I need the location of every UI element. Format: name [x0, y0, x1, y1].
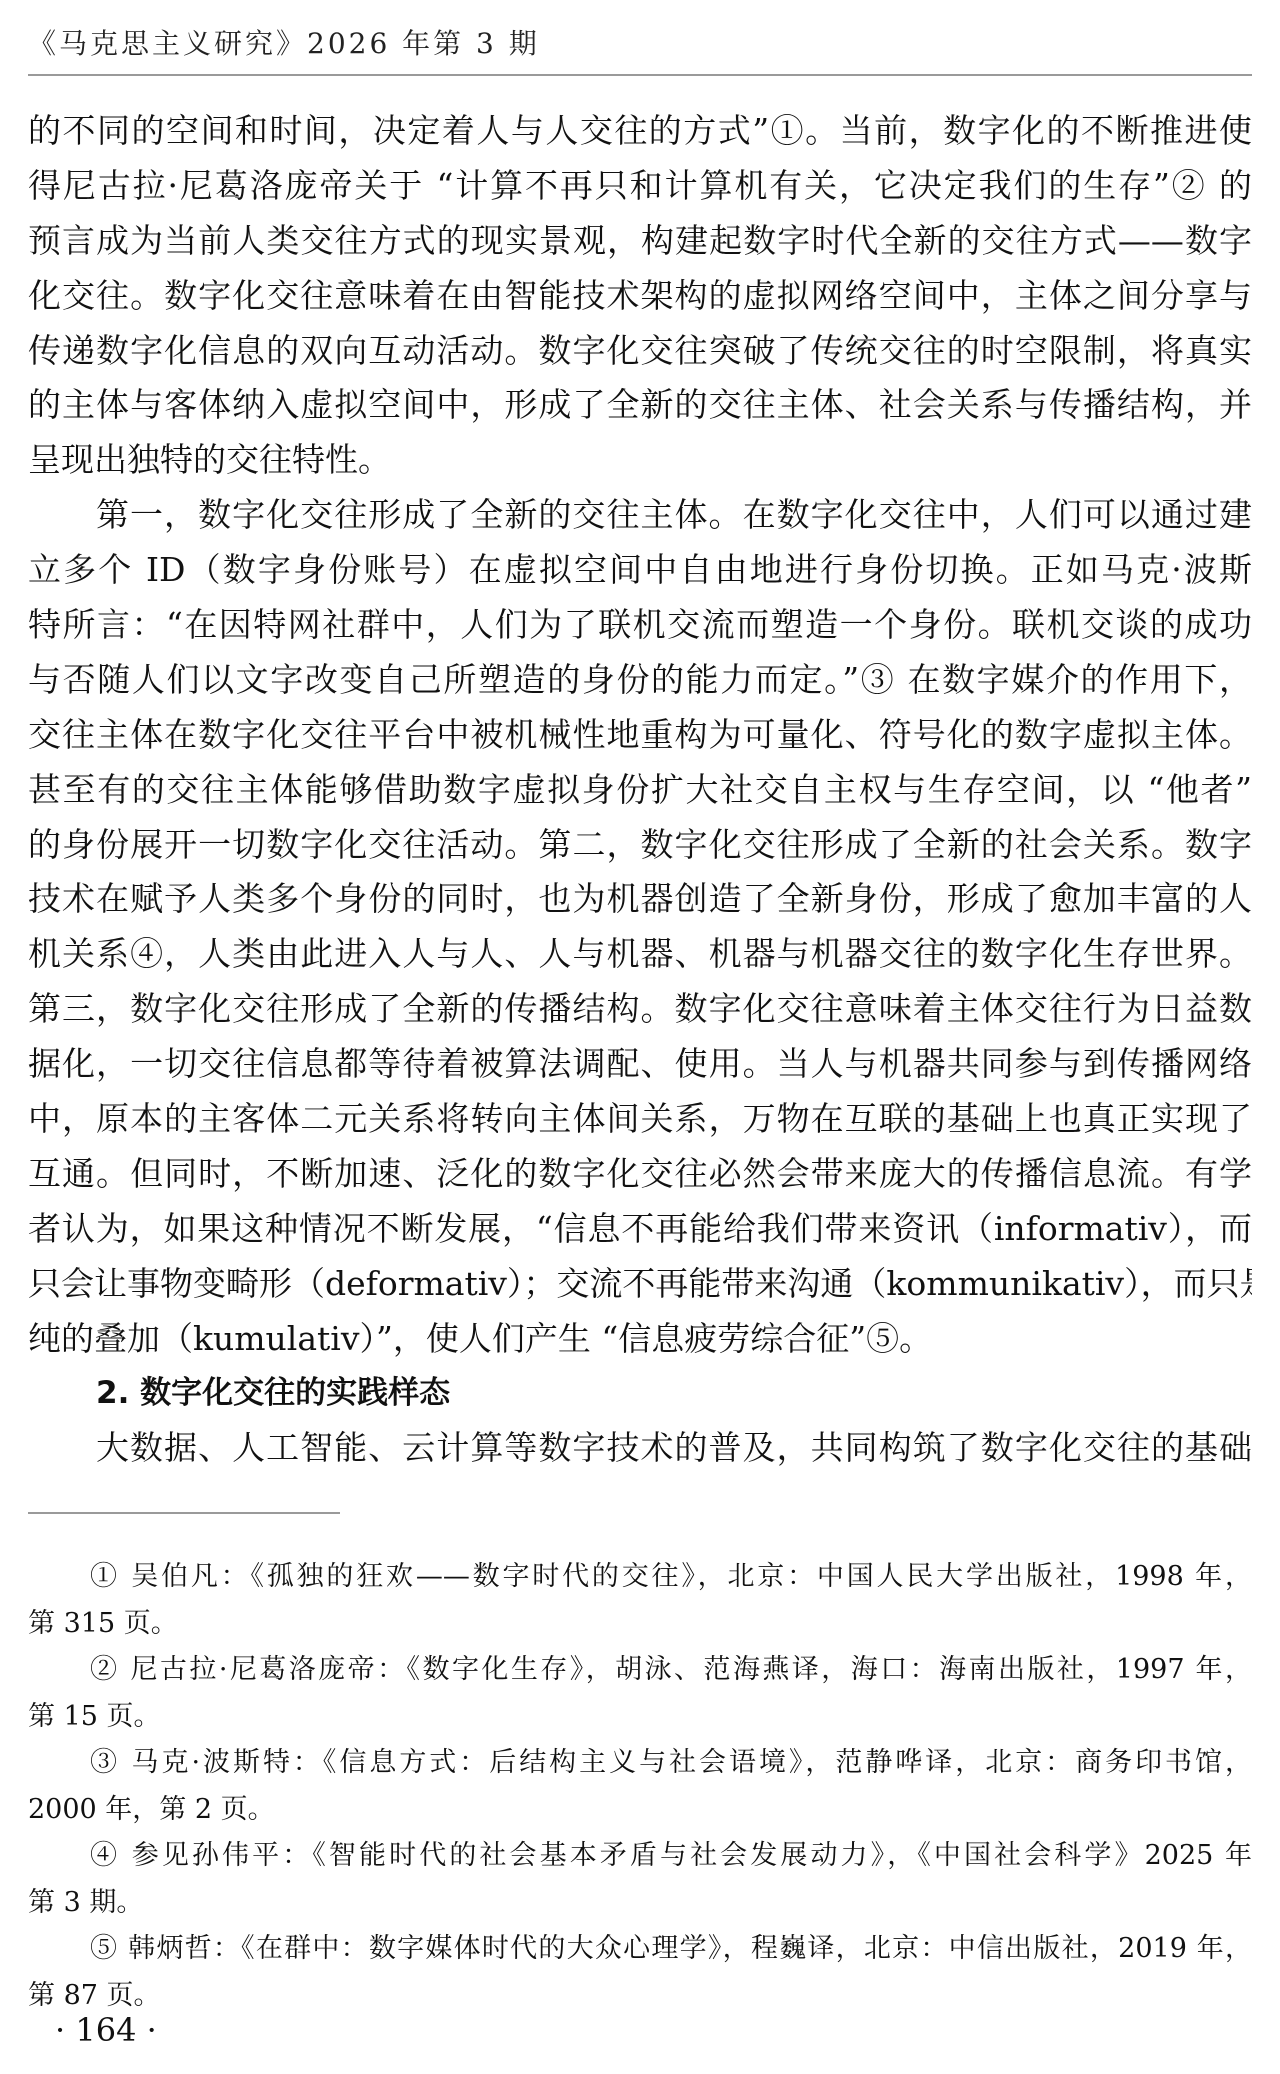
body-line: 的主体与客体纳入虚拟空间中，形成了全新的交往主体、社会关系与传播结构，并 [28, 378, 1252, 433]
body-line: 互通。但同时，不断加速、泛化的数字化交往必然会带来庞大的传播信息流。有学 [28, 1147, 1252, 1202]
footnote-5-continuation: 第 87 页。 [28, 1973, 1252, 2020]
body-line: 的不同的空间和时间，决定着人与人交往的方式”①。当前，数字化的不断推进使 [28, 104, 1252, 159]
body-line: 立多个 ID（数字身份账号）在虚拟空间中自由地进行身份切换。正如马克·波斯 [28, 543, 1252, 598]
body-line: 中，原本的主客体二元关系将转向主体间关系，万物在互联的基础上也真正实现了 [28, 1092, 1252, 1147]
footnote-3: ③ 马克·波斯特：《信息方式：后结构主义与社会语境》，范静哗译，北京：商务印书馆… [28, 1740, 1252, 1787]
footnote-1: ① 吴伯凡：《孤独的狂欢——数字时代的交往》，北京：中国人民大学出版社，1998… [28, 1554, 1252, 1601]
footnote-4: ④ 参见孙伟平：《智能时代的社会基本矛盾与社会发展动力》，《中国社会科学》202… [28, 1833, 1252, 1880]
body-line: 传递数字化信息的双向互动活动。数字化交往突破了传统交往的时空限制，将真实 [28, 324, 1252, 379]
header-rule [28, 74, 1252, 76]
footnote-5: ⑤ 韩炳哲：《在群中：数字媒体时代的大众心理学》，程巍译，北京：中信出版社，20… [28, 1926, 1252, 1973]
body-line: 大数据、人工智能、云计算等数字技术的普及，共同构筑了数字化交往的基础 [28, 1421, 1252, 1476]
body-line: 预言成为当前人类交往方式的现实景观，构建起数字时代全新的交往方式——数字 [28, 214, 1252, 269]
body-line: 第三，数字化交往形成了全新的传播结构。数字化交往意味着主体交往行为日益数 [28, 982, 1252, 1037]
body-line: 者认为，如果这种情况不断发展，“信息不再能给我们带来资讯（informativ）… [28, 1202, 1252, 1257]
body-line: 特所言：“在因特网社群中，人们为了联机交流而塑造一个身份。联机交谈的成功 [28, 598, 1252, 653]
footnote-3-continuation: 2000 年，第 2 页。 [28, 1787, 1252, 1834]
body-line: 甚至有的交往主体能够借助数字虚拟身份扩大社交自主权与生存空间，以 “他者” [28, 763, 1252, 818]
body-line: 交往主体在数字化交往平台中被机械性地重构为可量化、符号化的数字虚拟主体。 [28, 708, 1252, 763]
body-line: 技术在赋予人类多个身份的同时，也为机器创造了全新身份，形成了愈加丰富的人 [28, 872, 1252, 927]
body-line: 呈现出独特的交往特性。 [28, 433, 1252, 488]
body-line: 得尼古拉·尼葛洛庞帝关于 “计算不再只和计算机有关，它决定我们的生存”② 的 [28, 159, 1252, 214]
footnote-rule [28, 1512, 340, 1514]
body-line: 机关系④，人类由此进入人与人、人与机器、机器与机器交往的数字化生存世界。 [28, 927, 1252, 982]
body-line: 化交往。数字化交往意味着在由智能技术架构的虚拟网络空间中，主体之间分享与 [28, 269, 1252, 324]
footnote-1-continuation: 第 315 页。 [28, 1601, 1252, 1648]
footnote-4-continuation: 第 3 期。 [28, 1880, 1252, 1927]
body-line: 据化，一切交往信息都等待着被算法调配、使用。当人与机器共同参与到传播网络 [28, 1037, 1252, 1092]
running-head: 《马克思主义研究》2026 年第 3 期 [28, 26, 540, 62]
body-line: 与否随人们以文字改变自己所塑造的身份的能力而定。”③ 在数字媒介的作用下， [28, 653, 1252, 708]
body-text: 的不同的空间和时间，决定着人与人交往的方式”①。当前，数字化的不断推进使 得尼古… [28, 104, 1252, 1476]
section-heading: 2. 数字化交往的实践样态 [28, 1366, 1252, 1421]
footnotes: ① 吴伯凡：《孤独的狂欢——数字时代的交往》，北京：中国人民大学出版社，1998… [28, 1554, 1252, 2019]
body-line: 的身份展开一切数字化交往活动。第二，数字化交往形成了全新的社会关系。数字 [28, 818, 1252, 873]
body-line: 第一，数字化交往形成了全新的交往主体。在数字化交往中，人们可以通过建 [28, 488, 1252, 543]
body-line: 纯的叠加（kumulativ）”，使人们产生 “信息疲劳综合征”⑤。 [28, 1312, 1252, 1367]
footnote-2-continuation: 第 15 页。 [28, 1694, 1252, 1741]
footnote-2: ② 尼古拉·尼葛洛庞帝：《数字化生存》，胡泳、范海燕译，海口：海南出版社，199… [28, 1647, 1252, 1694]
page-number: · 164 · [55, 2010, 157, 2050]
body-line: 只会让事物变畸形（deformativ）；交流不再能带来沟通（kommunika… [28, 1257, 1252, 1312]
